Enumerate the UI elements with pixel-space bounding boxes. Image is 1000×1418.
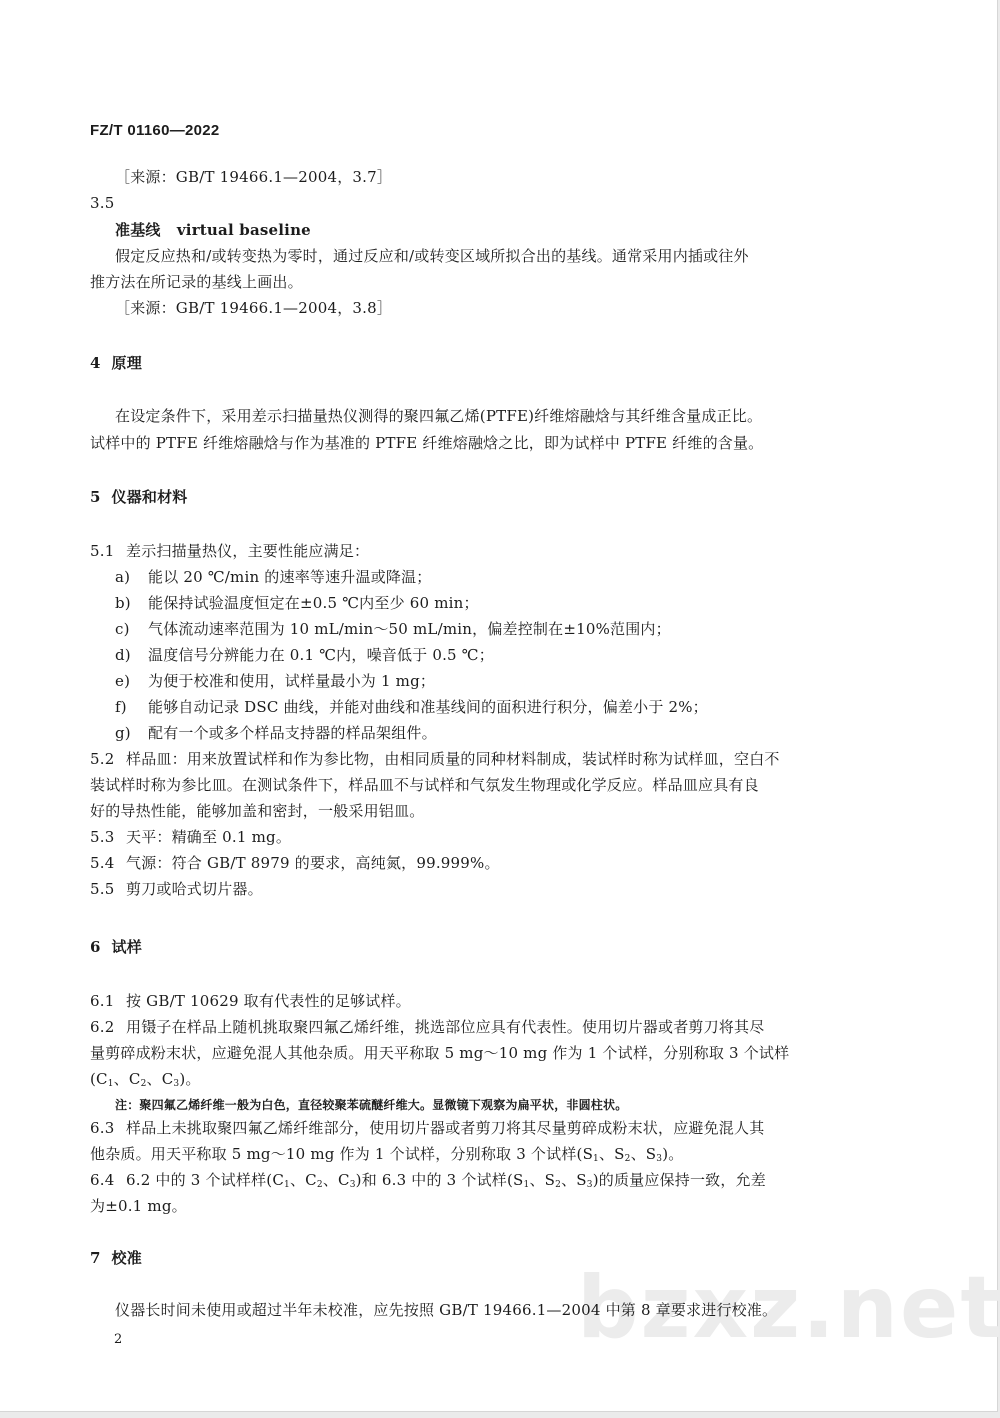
text-fragment: 6.2 中的 3 个试样样(C <box>126 1171 284 1189</box>
clause-number: 5.3 <box>90 827 126 847</box>
text-fragment: )。 <box>179 1070 200 1088</box>
clause-number: 6.2 <box>90 1017 126 1037</box>
clause-5-4: 5.4气源：符合 GB/T 8979 的要求，高纯氮，99.999%。 <box>90 853 500 873</box>
clause-5-3: 5.3天平：精确至 0.1 mg。 <box>90 827 291 847</box>
list-item-a: a)能以 20 ℃/min 的速率等速升温或降温； <box>115 567 432 587</box>
text-fragment: 他杂质。用天平称取 5 mg～10 mg 作为 1 个试样，分别称取 3 个试样… <box>90 1145 593 1163</box>
text-fragment: )。 <box>662 1145 683 1163</box>
text-fragment: )的质量应保持一致，允差 <box>593 1171 766 1189</box>
principle-line1: 在设定条件下，采用差示扫描量热仪测得的聚四氟乙烯(PTFE)纤维熔融焓与其纤维含… <box>115 406 762 426</box>
clause-6-2-line2: 量剪碎成粉末状，应避免混人其他杂质。用天平称取 5 mg～10 mg 作为 1 … <box>90 1043 789 1063</box>
document-page: bzxz.net FZ/T 01160—2022 ［来源：GB/T 19466.… <box>0 0 998 1412</box>
definition-3-5-line2: 推方法在所记录的基线上画出。 <box>90 272 303 292</box>
section-7-heading: 7 校准 <box>90 1248 142 1268</box>
note-6-2: 注：聚四氟乙烯纤维一般为白色，直径较聚苯硫醚纤维大。显微镜下观察为扁平状，非圆柱… <box>115 1095 627 1115</box>
item-text: 配有一个或多个样品支持器的样品架组件。 <box>148 724 437 742</box>
item-label: d) <box>115 645 148 665</box>
clause-6-1: 6.1按 GB/T 10629 取有代表性的足够试样。 <box>90 991 411 1011</box>
item-text: 温度信号分辨能力在 0.1 ℃内，噪音低于 0.5 ℃； <box>148 646 494 664</box>
clause-text: 用镊子在样品上随机挑取聚四氟乙烯纤维，挑选部位应具有代表性。使用切片器或者剪刀将… <box>126 1018 764 1036</box>
list-item-c: c)气体流动速率范围为 10 mL/min～50 mL/min，偏差控制在±10… <box>115 619 671 639</box>
section-5-heading: 5 仪器和材料 <box>90 487 188 507</box>
clause-6-2-line3: (C1、C2、C3)。 <box>90 1069 201 1094</box>
clause-number: 6.3 <box>90 1118 126 1138</box>
clause-3-5-number: 3.5 <box>90 193 114 213</box>
section-title: 校准 <box>112 1249 142 1267</box>
item-text: 能保持试验温度恒定在±0.5 ℃内至少 60 min； <box>148 594 479 612</box>
item-label: f) <box>115 697 148 717</box>
clause-text: 差示扫描量热仪，主要性能应满足： <box>126 542 369 560</box>
clause-6-4-line2: 为±0.1 mg。 <box>90 1196 187 1216</box>
clause-text: 按 GB/T 10629 取有代表性的足够试样。 <box>126 992 411 1010</box>
source-3-4: ［来源：GB/T 19466.1—2004，3.7］ <box>115 167 392 187</box>
clause-5-5: 5.5剪刀或哈式切片器。 <box>90 879 263 899</box>
clause-5-2-line1: 5.2样品皿：用来放置试样和作为参比物，由相同质量的同种材料制成，装试样时称为试… <box>90 749 780 769</box>
section-number: 6 <box>90 938 101 956</box>
text-fragment: )和 6.3 中的 3 个试样(S <box>356 1171 524 1189</box>
term-en: virtual baseline <box>177 221 311 239</box>
section-number: 5 <box>90 488 101 506</box>
item-label: b) <box>115 593 148 613</box>
clause-text: 样品皿：用来放置试样和作为参比物，由相同质量的同种材料制成，装试样时称为试样皿，… <box>126 750 780 768</box>
clause-number: 6.4 <box>90 1170 126 1190</box>
list-item-e: e)为便于校准和使用，试样量最小为 1 mg； <box>115 671 435 691</box>
clause-number: 5.2 <box>90 749 126 769</box>
list-item-d: d)温度信号分辨能力在 0.1 ℃内，噪音低于 0.5 ℃； <box>115 645 494 665</box>
item-label: a) <box>115 567 148 587</box>
section-number: 7 <box>90 1249 101 1267</box>
clause-number: 5.5 <box>90 879 126 899</box>
section-4-heading: 4 原理 <box>90 353 142 373</box>
section-title: 仪器和材料 <box>112 488 188 506</box>
clause-6-3-line1: 6.3样品上未挑取聚四氟乙烯纤维部分，使用切片器或者剪刀将其尽量剪碎成粉末状，应… <box>90 1118 764 1138</box>
clause-number: 6.1 <box>90 991 126 1011</box>
section-title: 试样 <box>112 938 142 956</box>
definition-3-5-line1: 假定反应热和/或转变热为零时，通过反应和/或转变区域所拟合出的基线。通常采用内插… <box>115 246 749 266</box>
clause-text: 气源：符合 GB/T 8979 的要求，高纯氮，99.999%。 <box>126 854 500 872</box>
clause-text: 剪刀或哈式切片器。 <box>126 880 263 898</box>
source-3-5: ［来源：GB/T 19466.1—2004，3.8］ <box>115 298 392 318</box>
clause-text: 样品上未挑取聚四氟乙烯纤维部分，使用切片器或者剪刀将其尽量剪碎成粉末状，应避免混… <box>126 1119 764 1137</box>
list-item-g: g)配有一个或多个样品支持器的样品架组件。 <box>115 723 437 743</box>
item-label: c) <box>115 619 148 639</box>
list-item-b: b)能保持试验温度恒定在±0.5 ℃内至少 60 min； <box>115 593 479 613</box>
principle-line2: 试样中的 PTFE 纤维熔融焓与作为基准的 PTFE 纤维熔融焓之比，即为试样中… <box>90 433 763 453</box>
text-fragment: (C <box>90 1070 108 1088</box>
item-label: g) <box>115 723 148 743</box>
item-label: e) <box>115 671 148 691</box>
document-id-header: FZ/T 01160—2022 <box>90 121 220 141</box>
clause-6-2-line1: 6.2用镊子在样品上随机挑取聚四氟乙烯纤维，挑选部位应具有代表性。使用切片器或者… <box>90 1017 764 1037</box>
clause-number: 5.1 <box>90 541 126 561</box>
calibration-text: 仪器长时间未使用或超过半年未校准，应先按照 GB/T 19466.1—2004 … <box>115 1300 777 1320</box>
clause-5-2-line2: 装试样时称为参比皿。在测试条件下，样品皿不与试样和气氛发生物理或化学反应。样品皿… <box>90 775 759 795</box>
clause-text: 天平：精确至 0.1 mg。 <box>126 828 291 846</box>
term-cn: 准基线 <box>115 221 161 239</box>
item-text: 气体流动速率范围为 10 mL/min～50 mL/min，偏差控制在±10%范… <box>148 620 671 638</box>
item-text: 能以 20 ℃/min 的速率等速升温或降温； <box>148 568 432 586</box>
section-number: 4 <box>90 354 101 372</box>
clause-5-1: 5.1差示扫描量热仪，主要性能应满足： <box>90 541 369 561</box>
clause-number: 5.4 <box>90 853 126 873</box>
page-content: FZ/T 01160—2022 ［来源：GB/T 19466.1—2004，3.… <box>0 0 997 1411</box>
section-title: 原理 <box>112 354 142 372</box>
clause-6-4-line1: 6.46.2 中的 3 个试样样(C1、C2、C3)和 6.3 中的 3 个试样… <box>90 1170 766 1195</box>
list-item-f: f)能够自动记录 DSC 曲线，并能对曲线和准基线间的面积进行积分，偏差小于 2… <box>115 697 708 717</box>
page-number: 2 <box>114 1330 122 1350</box>
clause-5-2-line3: 好的导热性能，能够加盖和密封，一般采用铝皿。 <box>90 801 424 821</box>
term-3-5: 准基线 virtual baseline <box>115 220 311 240</box>
section-6-heading: 6 试样 <box>90 937 142 957</box>
item-text: 能够自动记录 DSC 曲线，并能对曲线和准基线间的面积进行积分，偏差小于 2%； <box>148 698 708 716</box>
clause-6-3-line2: 他杂质。用天平称取 5 mg～10 mg 作为 1 个试样，分别称取 3 个试样… <box>90 1144 684 1169</box>
item-text: 为便于校准和使用，试样量最小为 1 mg； <box>148 672 435 690</box>
